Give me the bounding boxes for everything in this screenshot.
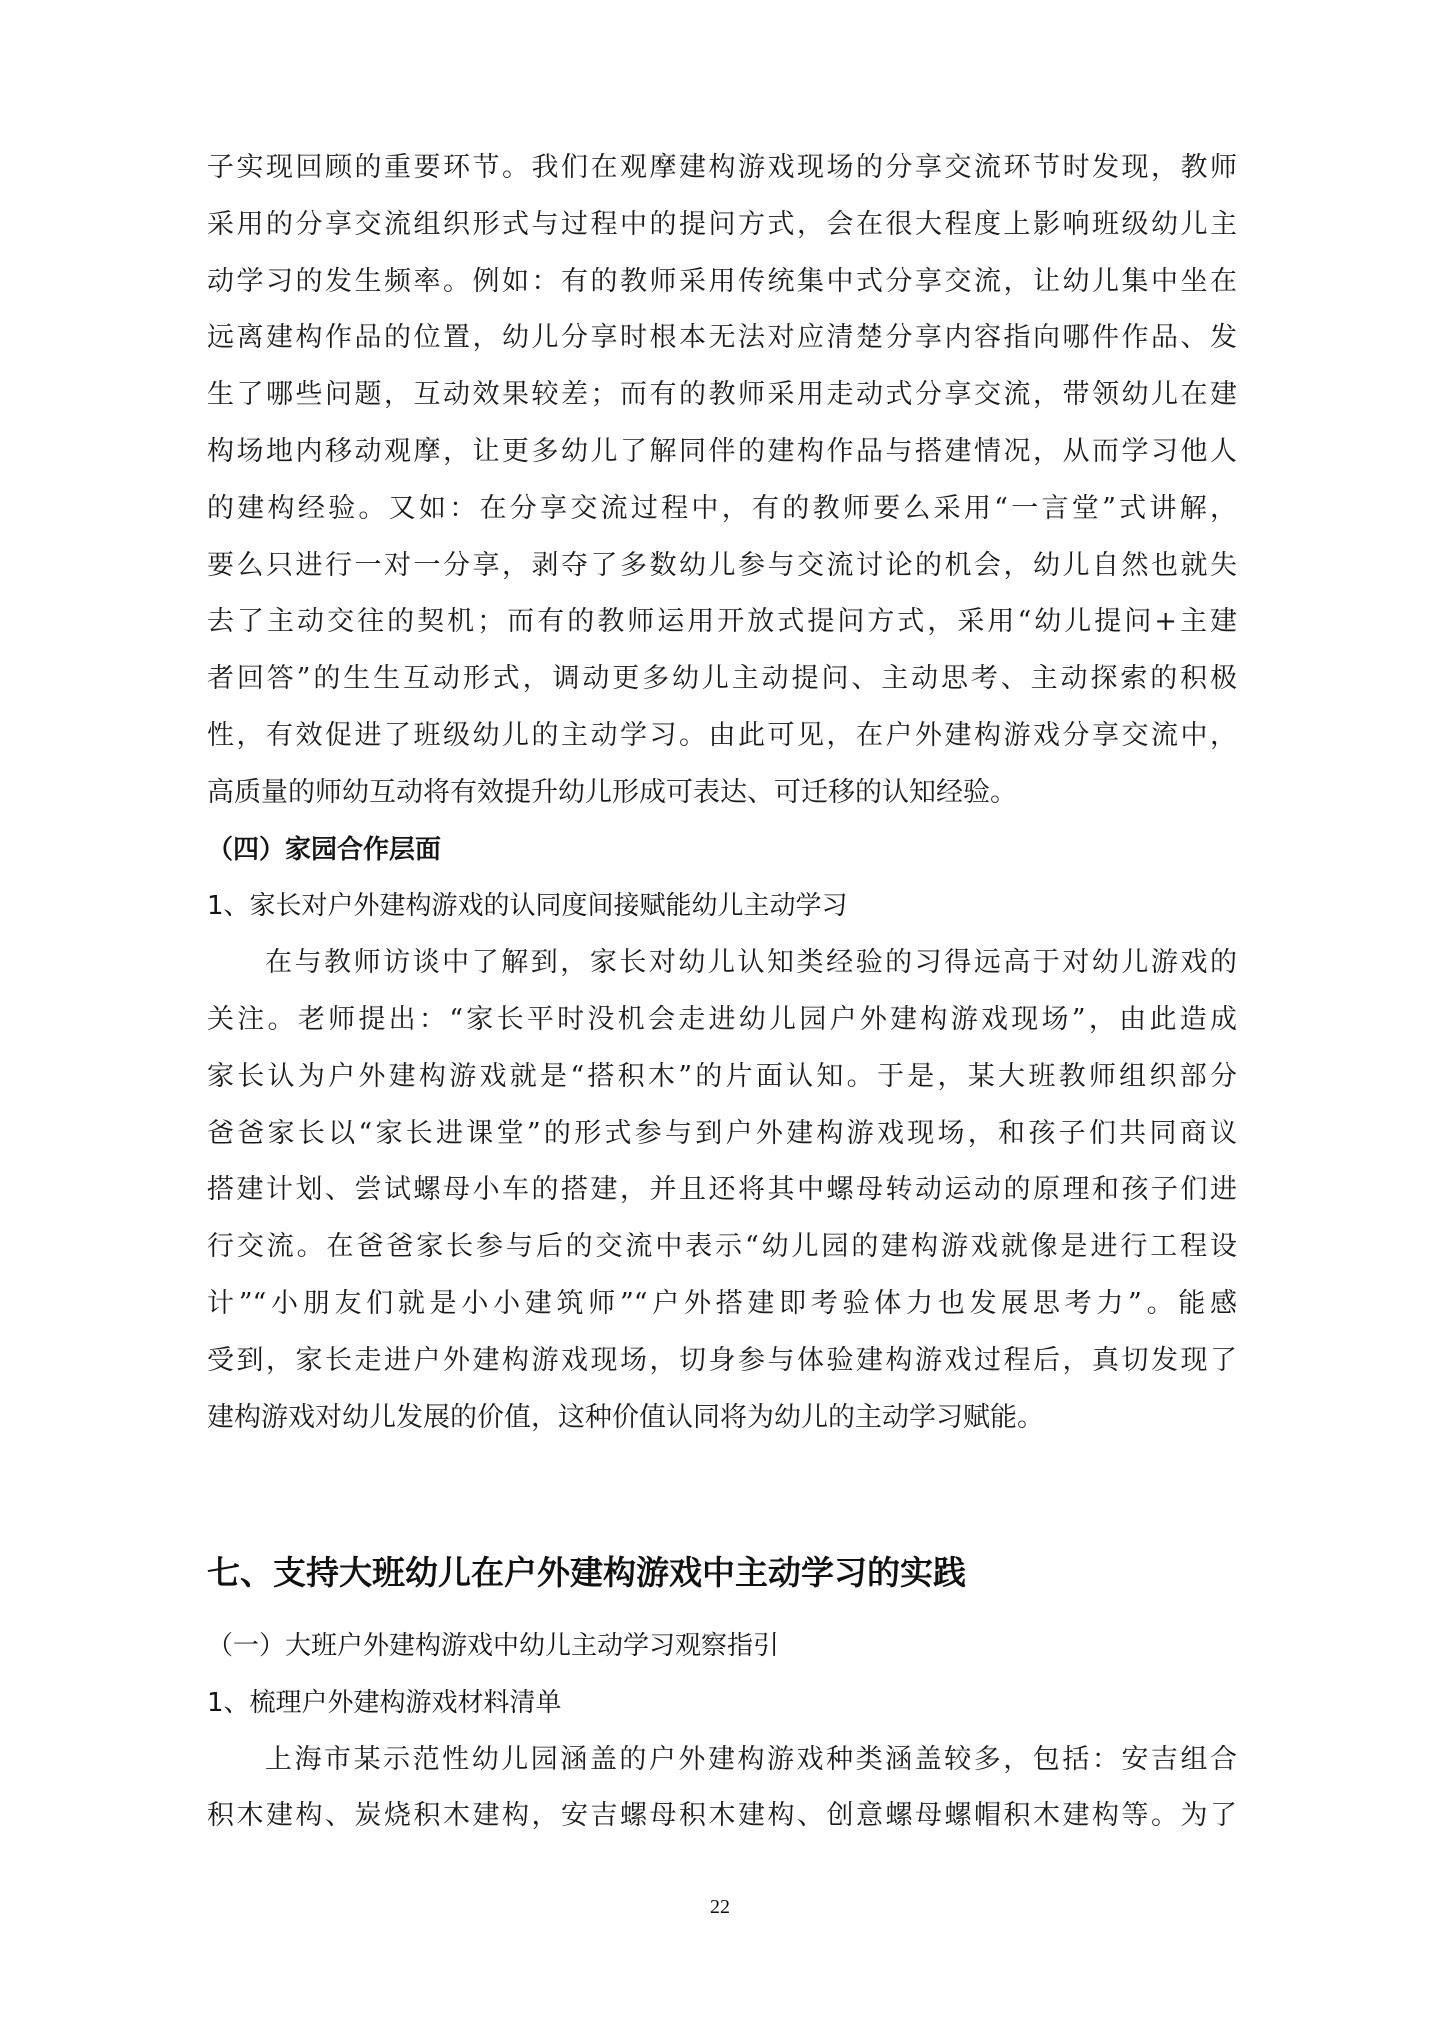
subsection-heading-observation-guide: （一）大班户外建构游戏中幼儿主动学习观察指引 (207, 1618, 1237, 1675)
paragraph-line: 生了哪些问题，互动效果较差；而有的教师采用走动式分享交流，带领幼儿在建 (207, 367, 1237, 424)
paragraph-line: 构场地内移动观摩，让更多幼儿了解同伴的建构作品与搭建情况，从而学习他人 (207, 424, 1237, 481)
paragraph-line: 关注。老师提出：“家长平时没机会走进幼儿园户外建构游戏现场”，由此造成 (207, 992, 1237, 1049)
item-heading-parent-recognition: 1、家长对户外建构游戏的认同度间接赋能幼儿主动学习 (207, 878, 1237, 935)
item-heading-material-list: 1、梳理户外建构游戏材料清单 (207, 1675, 1237, 1732)
section-heading-seven: 七、支持大班幼儿在户外建构游戏中主动学习的实践 (207, 1548, 966, 1598)
page-number: 22 (0, 1896, 1440, 1919)
paragraph-line: 计”“小朋友们就是小小建筑师”“户外搭建即考验体力也发展思考力”。能感 (207, 1276, 1237, 1333)
paragraph-material-list: 上海市某示范性幼儿园涵盖的户外建构游戏种类涵盖较多，包括：安吉组合 积木建构、炭… (207, 1732, 1237, 1846)
paragraph-line: 建构游戏对幼儿发展的价值，这种价值认同将为幼儿的主动学习赋能。 (207, 1390, 1237, 1447)
paragraph-line: 家长认为户外建构游戏就是“搭积木”的片面认知。于是，某大班教师组织部分 (207, 1049, 1237, 1106)
paragraph-parent-recognition: 在与教师访谈中了解到，家长对幼儿认知类经验的习得远高于对幼儿游戏的 关注。老师提… (207, 935, 1237, 1446)
section-seven-body: （一）大班户外建构游戏中幼儿主动学习观察指引 1、梳理户外建构游戏材料清单 上海… (207, 1618, 1237, 1845)
paragraph-line: 受到，家长走进户外建构游戏现场，切身参与体验建构游戏过程后，真切发现了 (207, 1333, 1237, 1390)
paragraph-line: 动学习的发生频率。例如：有的教师采用传统集中式分享交流，让幼儿集中坐在 (207, 254, 1237, 311)
paragraph-line: 远离建构作品的位置，幼儿分享时根本无法对应清楚分享内容指向哪件作品、发 (207, 310, 1237, 367)
paragraph-line: 子实现回顾的重要环节。我们在观摩建构游戏现场的分享交流环节时发现，教师 (207, 140, 1237, 197)
paragraph-line: 在与教师访谈中了解到，家长对幼儿认知类经验的习得远高于对幼儿游戏的 (207, 935, 1237, 992)
paragraph-line: 采用的分享交流组织形式与过程中的提问方式，会在很大程度上影响班级幼儿主 (207, 197, 1237, 254)
paragraph-line: 搭建计划、尝试螺母小车的搭建，并且还将其中螺母转动运动的原理和孩子们进 (207, 1162, 1237, 1219)
paragraph-line: 去了主动交往的契机；而有的教师运用开放式提问方式，采用“幼儿提问+主建 (207, 594, 1237, 651)
subsection-heading-home-school-cooperation: （四）家园合作层面 (207, 822, 1237, 879)
paragraph-line: 行交流。在爸爸家长参与后的交流中表示“幼儿园的建构游戏就像是进行工程设 (207, 1219, 1237, 1276)
paragraph-line: 积木建构、炭烧积木建构，安吉螺母积木建构、创意螺母螺帽积木建构等。为了 (207, 1788, 1237, 1845)
document-page-body: 子实现回顾的重要环节。我们在观摩建构游戏现场的分享交流环节时发现，教师 采用的分… (207, 140, 1237, 1446)
paragraph-line: 性，有效促进了班级幼儿的主动学习。由此可见，在户外建构游戏分享交流中， (207, 708, 1237, 765)
paragraph-sharing-exchange: 子实现回顾的重要环节。我们在观摩建构游戏现场的分享交流环节时发现，教师 采用的分… (207, 140, 1237, 822)
paragraph-line: 者回答”的生生互动形式，调动更多幼儿主动提问、主动思考、主动探索的积极 (207, 651, 1237, 708)
paragraph-line: 要么只进行一对一分享，剥夺了多数幼儿参与交流讨论的机会，幼儿自然也就失 (207, 538, 1237, 595)
paragraph-line: 高质量的师幼互动将有效提升幼儿形成可表达、可迁移的认知经验。 (207, 765, 1237, 822)
paragraph-line: 的建构经验。又如：在分享交流过程中，有的教师要么采用“一言堂”式讲解， (207, 481, 1237, 538)
paragraph-line: 爸爸家长以“家长进课堂”的形式参与到户外建构游戏现场，和孩子们共同商议 (207, 1106, 1237, 1163)
paragraph-line: 上海市某示范性幼儿园涵盖的户外建构游戏种类涵盖较多，包括：安吉组合 (207, 1732, 1237, 1789)
